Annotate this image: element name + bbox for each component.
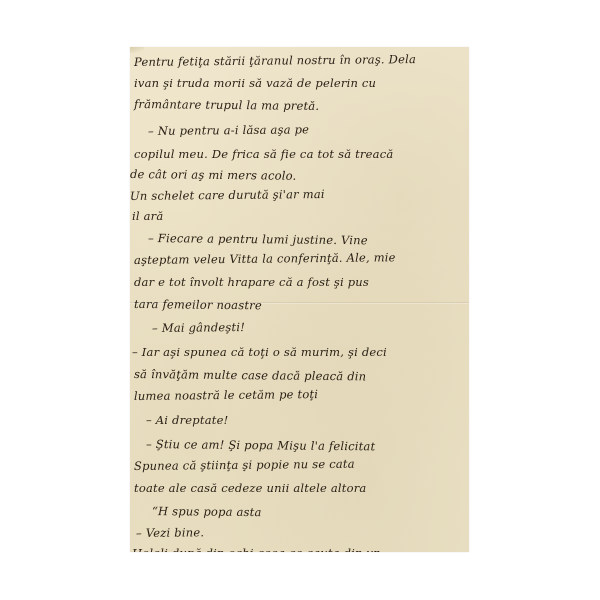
handwritten-line: – Ai dreptate! bbox=[146, 413, 228, 427]
handwritten-line: – Mai gândeşti! bbox=[152, 320, 245, 335]
handwritten-line: – Nu pentru a-i lăsa aşa pe bbox=[148, 122, 309, 138]
handwritten-line: Un schelet care durută şi'ar mai bbox=[130, 187, 325, 203]
handwritten-line: Holeli după din ochi ceea ce cauta din v… bbox=[132, 546, 389, 552]
handwritten-line: – Ştiu ce am! Şi popa Mişu l'a felicitat bbox=[146, 437, 375, 453]
handwritten-line: il ară bbox=[132, 209, 163, 223]
handwritten-line: dar e tot învolt hrapare că a fost şi pu… bbox=[134, 275, 369, 289]
handwritten-line: – Iar aşi spunea că toţi o să murim, şi … bbox=[132, 345, 387, 359]
handwritten-line: copilul meu. De frica să fie ca tot să t… bbox=[134, 147, 393, 161]
handwritten-line: Pentru fetiţa stării ţăranul nostru în o… bbox=[134, 52, 416, 69]
letter-page: Pentru fetiţa stării ţăranul nostru în o… bbox=[130, 47, 469, 552]
handwritten-line: lumea noastră le cetăm pe toţi bbox=[134, 387, 318, 403]
handwritten-line: să învăţăm multe case dacă pleacă din bbox=[134, 367, 366, 383]
handwritten-line: ivan şi truda morii să vază de pelerin c… bbox=[134, 76, 376, 90]
handwritten-line: tara femeilor noastre bbox=[134, 297, 262, 312]
handwritten-line: Spunea că ştiinţa şi popie nu se cata bbox=[134, 457, 355, 473]
handwritten-line: – Fiecare a pentru lumi justine. Vine bbox=[148, 231, 368, 247]
handwritten-line: frământare trupul la ma pretă. bbox=[134, 97, 319, 113]
handwritten-line: toate ale casă cedeze unii altele altora bbox=[134, 481, 366, 495]
handwritten-line: de cât ori aş mi mers acolo. bbox=[130, 167, 297, 183]
handwritten-line: – Vezi bine. bbox=[136, 525, 204, 540]
page-corner-crease bbox=[130, 47, 144, 53]
handwritten-line: aşteptam veleu Vitta la conferinţă. Ale,… bbox=[134, 250, 396, 267]
handwritten-line: “H spus popa asta bbox=[152, 504, 262, 519]
